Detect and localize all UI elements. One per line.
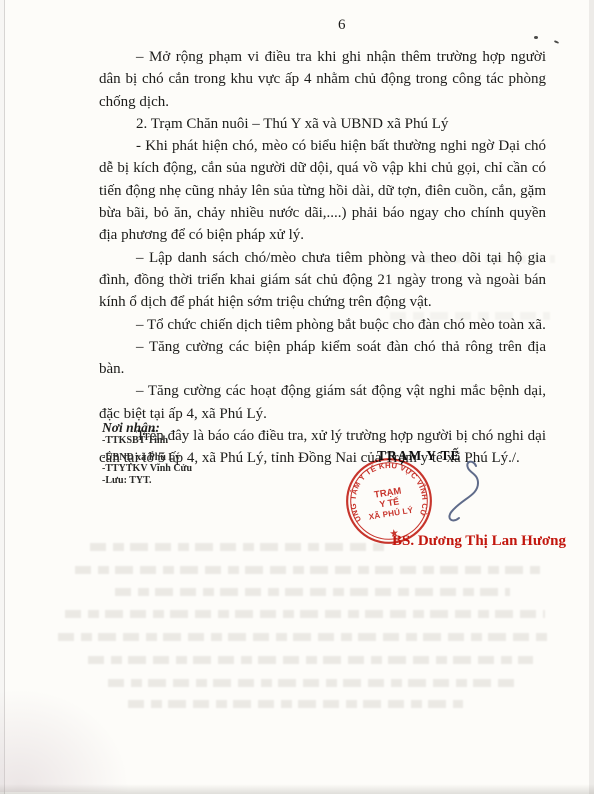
document-body: – Mở rộng phạm vi điều tra khi ghi nhận … [99,46,546,470]
bleed-through-line [88,656,533,664]
body-paragraph: – Tăng cường các hoạt động giám sát động… [99,380,546,425]
body-paragraph: – Tổ chức chiến dịch tiêm phòng bắt buộc… [99,314,546,336]
scan-speck [534,36,538,39]
body-paragraph: 2. Trạm Chăn nuôi – Thú Y xã và UBND xã … [99,113,546,135]
recipient-item: -Lưu: TYT. [102,475,192,487]
stamp-center-line3: XÃ PHÚ LÝ [368,506,414,522]
bleed-through-line [115,588,510,596]
body-paragraph: – Lập danh sách chó/mèo chưa tiêm phòng … [99,247,546,314]
scan-edge-bottom [0,784,594,794]
bleed-through-line [58,633,550,641]
body-paragraph: – Mở rộng phạm vi điều tra khi ghi nhận … [99,46,546,113]
recipient-item: -TTKSBT Tỉnh [102,435,192,447]
scan-seam-left [4,0,5,794]
bleed-through-line [75,566,540,574]
handwritten-signature [440,459,492,527]
body-paragraph: – Tăng cường các biện pháp kiểm soát đàn… [99,336,546,381]
scan-speck [554,40,559,44]
body-paragraph: - Khi phát hiện chó, mèo có biểu hiện bấ… [99,135,546,246]
bleed-through-line [90,543,390,551]
scanned-document-page: 6 – Mở rộng phạm vi điều tra khi ghi nhậ… [0,0,594,794]
signature-stroke [449,462,478,521]
bleed-through-line [128,700,463,708]
scan-edge-right [589,0,594,794]
scan-smudge-bottom-left [0,688,130,792]
recipient-item: -TTYTKV Vĩnh Cửu [102,463,192,475]
bleed-through-line [108,679,516,687]
recipient-item: -UBND xã Phú Lý [102,452,192,464]
bleed-through-line [65,610,545,618]
page-number: 6 [338,17,346,34]
recipients-block: Nơi nhận: -TTKSBT Tỉnh -UBND xã Phú Lý -… [102,421,192,486]
recipients-heading: Nơi nhận: [102,421,192,435]
signer-name: BS. Dương Thị Lan Hương [392,533,566,550]
